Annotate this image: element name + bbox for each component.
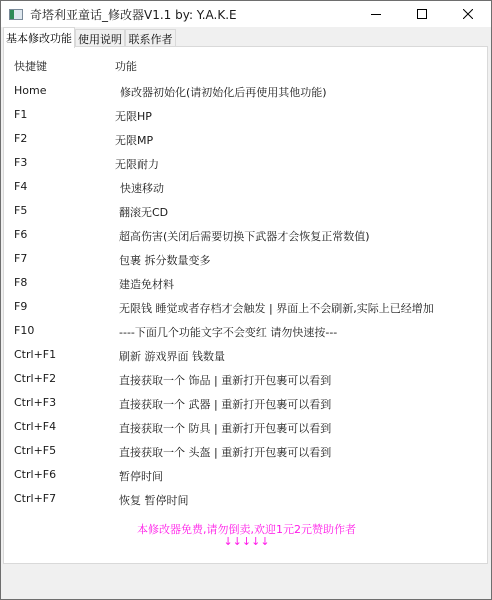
function-desc: 恢复 暂停时间 [119, 492, 189, 508]
table-row: F9 无限钱 睡觉或者存档才会触发 | 界面上不会刷新,实际上已经增加 [4, 300, 484, 316]
hotkey: F2 [14, 132, 27, 145]
hotkey: F6 [14, 228, 27, 241]
hotkey: Ctrl+F5 [14, 444, 56, 457]
function-desc: 直接获取一个 武器 | 重新打开包裹可以看到 [119, 396, 331, 412]
tab-basic-functions[interactable]: 基本修改功能 [3, 27, 75, 48]
app-window-icon [9, 9, 23, 20]
maximize-button[interactable] [399, 1, 445, 27]
hotkey: F3 [14, 156, 27, 169]
function-desc: 无限钱 睡觉或者存档才会触发 | 界面上不会刷新,实际上已经增加 [119, 300, 434, 316]
minimize-button[interactable] [353, 1, 399, 27]
bottom-area [1, 564, 491, 599]
tab-contact-author[interactable]: 联系作者 [125, 29, 176, 47]
hotkey: Ctrl+F6 [14, 468, 56, 481]
hotkey: Ctrl+F4 [14, 420, 56, 433]
tab-label: 基本修改功能 [6, 30, 72, 46]
close-button[interactable] [445, 1, 491, 27]
tab-label: 使用说明 [78, 31, 122, 47]
function-desc: 翻滚无CD [119, 204, 168, 220]
function-desc: 直接获取一个 防具 | 重新打开包裹可以看到 [119, 420, 331, 436]
function-desc: 无限HP [115, 108, 152, 124]
table-row: F2 无限MP [4, 132, 484, 148]
close-icon [463, 9, 473, 19]
table-row: F10 ----下面几个功能文字不会变红 请勿快速按--- [4, 324, 484, 340]
tab-usage-instructions[interactable]: 使用说明 [75, 29, 125, 47]
window-title: 奇塔利亚童话_修改器V1.1 by: Y.A.K.E [30, 6, 237, 23]
hotkey: F1 [14, 108, 27, 121]
hotkey: Home [14, 84, 46, 97]
maximize-icon [417, 9, 427, 19]
function-desc: 暂停时间 [119, 468, 163, 484]
tab-label: 联系作者 [129, 31, 173, 47]
table-row: F6 超高伤害(关闭后需要切换下武器才会恢复正常数值) [4, 228, 484, 244]
hotkey: F9 [14, 300, 27, 313]
title-bar[interactable]: 奇塔利亚童话_修改器V1.1 by: Y.A.K.E [1, 1, 491, 27]
hotkey: F8 [14, 276, 27, 289]
table-row: F4 快速移动 [4, 180, 484, 196]
function-desc: 超高伤害(关闭后需要切换下武器才会恢复正常数值) [119, 228, 370, 244]
basic-functions-panel: 快捷键 功能 Home 修改器初始化(请初始化后再使用其他功能) F1 无限HP… [3, 46, 488, 564]
hotkey: F7 [14, 252, 27, 265]
hotkey: F5 [14, 204, 27, 217]
donation-arrows: ↓↓↓↓↓ [4, 535, 489, 548]
hotkey: Ctrl+F7 [14, 492, 56, 505]
hotkey: Ctrl+F2 [14, 372, 56, 385]
hotkey: Ctrl+F1 [14, 348, 56, 361]
table-row: F8 建造免材料 [4, 276, 484, 292]
table-row: F5 翻滚无CD [4, 204, 484, 220]
function-desc: 包裹 拆分数量变多 [119, 252, 211, 268]
function-desc: 无限MP [115, 132, 153, 148]
table-row: Ctrl+F7 恢复 暂停时间 [4, 492, 484, 508]
function-desc: 快速移动 [120, 180, 164, 196]
function-desc: 修改器初始化(请初始化后再使用其他功能) [120, 84, 327, 100]
function-desc: 建造免材料 [119, 276, 174, 292]
hotkey: F10 [14, 324, 34, 337]
table-row: Ctrl+F6 暂停时间 [4, 468, 484, 484]
function-desc: 直接获取一个 饰品 | 重新打开包裹可以看到 [119, 372, 331, 388]
table-row: F3 无限耐力 [4, 156, 484, 172]
function-desc: 刷新 游戏界面 钱数量 [119, 348, 225, 364]
table-row: Ctrl+F2 直接获取一个 饰品 | 重新打开包裹可以看到 [4, 372, 484, 388]
function-desc: 无限耐力 [115, 156, 159, 172]
window-controls [353, 1, 491, 27]
minimize-icon [371, 9, 381, 19]
table-row: F7 包裹 拆分数量变多 [4, 252, 484, 268]
header-function: 功能 [115, 58, 137, 74]
function-desc: 直接获取一个 头盔 | 重新打开包裹可以看到 [119, 444, 331, 460]
hotkey: F4 [14, 180, 27, 193]
table-header: 快捷键 功能 [4, 58, 484, 74]
app-window: 奇塔利亚童话_修改器V1.1 by: Y.A.K.E 基本修改功能 使用说明 联… [0, 0, 492, 600]
table-row: Ctrl+F3 直接获取一个 武器 | 重新打开包裹可以看到 [4, 396, 484, 412]
table-row: Ctrl+F5 直接获取一个 头盔 | 重新打开包裹可以看到 [4, 444, 484, 460]
table-row: F1 无限HP [4, 108, 484, 124]
table-row: Ctrl+F4 直接获取一个 防具 | 重新打开包裹可以看到 [4, 420, 484, 436]
tab-strip: 基本修改功能 使用说明 联系作者 [1, 27, 491, 47]
table-row: Home 修改器初始化(请初始化后再使用其他功能) [4, 84, 484, 100]
table-row: Ctrl+F1 刷新 游戏界面 钱数量 [4, 348, 484, 364]
function-desc: ----下面几个功能文字不会变红 请勿快速按--- [119, 324, 337, 340]
hotkey: Ctrl+F3 [14, 396, 56, 409]
header-hotkey: 快捷键 [14, 58, 47, 74]
